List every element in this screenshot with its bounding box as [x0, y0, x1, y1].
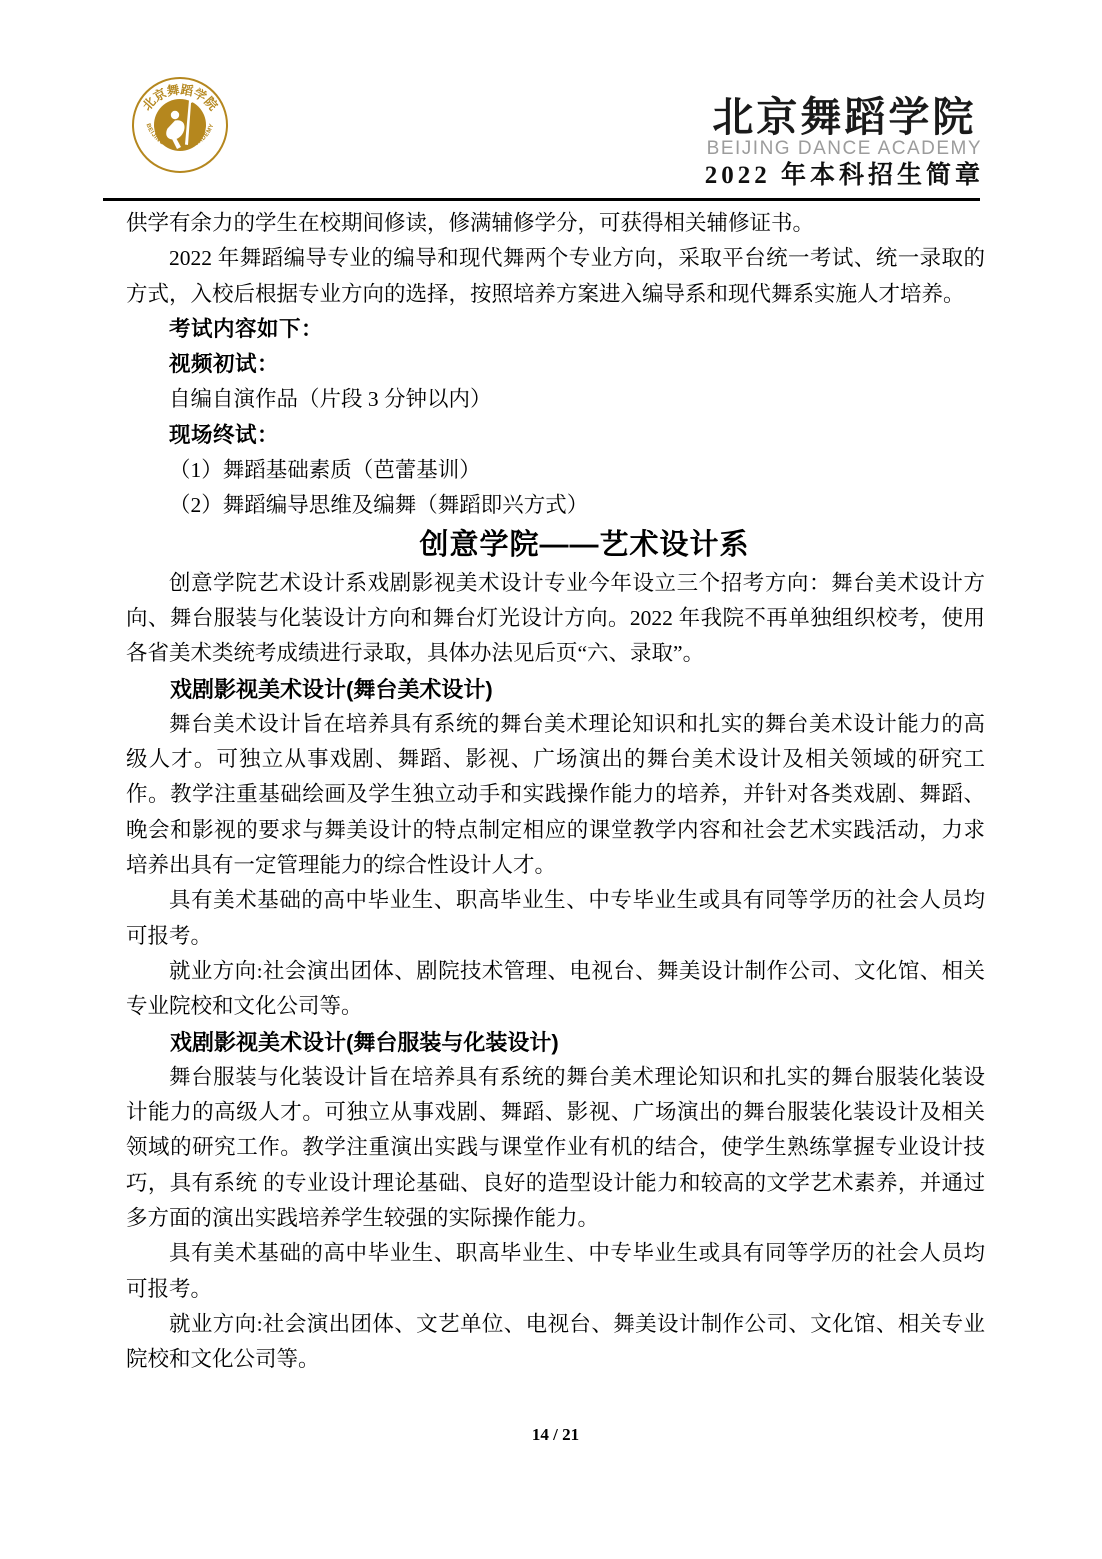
paragraph: 就业方向:社会演出团体、文艺单位、电视台、舞美设计制作公司、文化馆、相关专业院校…: [126, 1307, 985, 1378]
paragraph: 创意学院艺术设计系戏剧影视美术设计专业今年设立三个招考方向：舞台美术设计方向、舞…: [126, 566, 985, 672]
exam-item: （1）舞蹈基础素质（芭蕾基训）: [126, 453, 985, 488]
paragraph: 舞台服装与化装设计旨在培养具有系统的舞台美术理论知识和扎实的舞台服装化装设计能力…: [126, 1060, 985, 1236]
onsite-final-heading: 现场终试：: [126, 418, 985, 453]
exam-item: 自编自演作品（片段 3 分钟以内）: [126, 382, 985, 417]
paragraph: 具有美术基础的高中毕业生、职高毕业生、中专毕业生或具有同等学历的社会人员均可报考…: [126, 1236, 985, 1307]
paragraph: 就业方向:社会演出团体、剧院技术管理、电视台、舞美设计制作公司、文化馆、相关专业…: [126, 954, 985, 1025]
page-number: 14 / 21: [126, 1425, 985, 1445]
document-content: 供学有余力的学生在校期间修读，修满辅修学分，可获得相关辅修证书。 2022 年舞…: [126, 206, 985, 1378]
exam-content-heading: 考试内容如下：: [126, 312, 985, 347]
major-subheading: 戏剧影视美术设计(舞台服装与化装设计): [126, 1025, 985, 1060]
header-divider: [103, 198, 980, 201]
beijing-dance-academy-seal-icon: 北京舞蹈学院 BEIJING DANCE ACADEMY: [130, 75, 230, 175]
video-preliminary-heading: 视频初试：: [126, 347, 985, 382]
academy-title-en: BEIJING DANCE ACADEMY: [705, 139, 984, 159]
masthead: 北京舞蹈学院 BEIJING DANCE ACADEMY 2022 年本科招生简…: [705, 96, 984, 190]
document-page: 北京舞蹈学院 BEIJING DANCE ACADEMY 北京舞蹈学院 BEIJ…: [0, 0, 1102, 1559]
academy-title-cn: 北京舞蹈学院: [705, 96, 984, 138]
major-subheading: 戏剧影视美术设计(舞台美术设计): [126, 672, 985, 707]
paragraph: 具有美术基础的高中毕业生、职高毕业生、中专毕业生或具有同等学历的社会人员均可报考…: [126, 883, 985, 954]
section-title: 创意学院——艺术设计系: [126, 524, 985, 566]
paragraph: 2022 年舞蹈编导专业的编导和现代舞两个专业方向，采取平台统一考试、统一录取的…: [126, 241, 985, 312]
brochure-subtitle: 2022 年本科招生简章: [705, 162, 984, 190]
paragraph: 舞台美术设计旨在培养具有系统的舞台美术理论知识和扎实的舞台美术设计能力的高级人才…: [126, 707, 985, 883]
paragraph: 供学有余力的学生在校期间修读，修满辅修学分，可获得相关辅修证书。: [126, 206, 985, 241]
exam-item: （2）舞蹈编导思维及编舞（舞蹈即兴方式）: [126, 488, 985, 523]
